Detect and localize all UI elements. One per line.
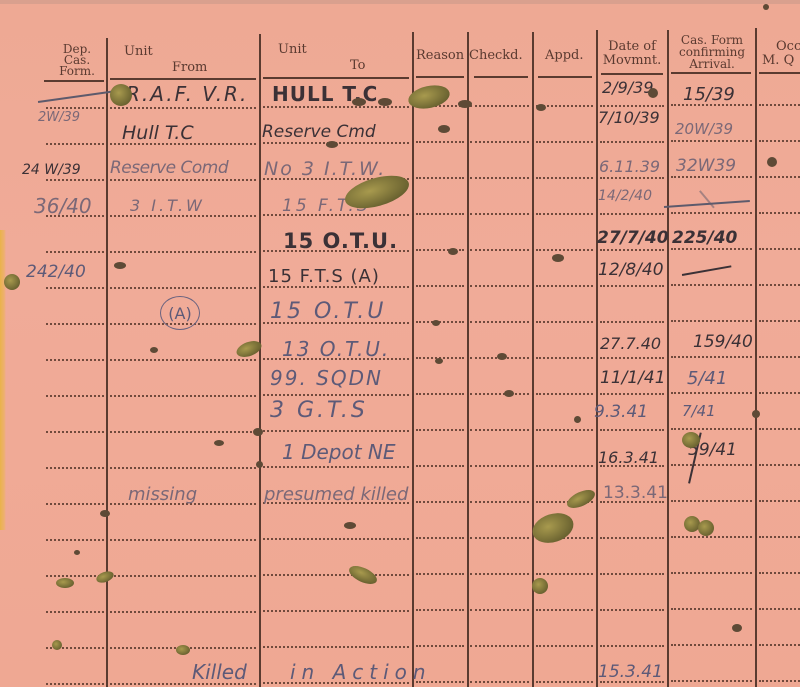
ink-spot	[435, 358, 443, 364]
row9-date: 11/1/41	[600, 368, 666, 388]
dotted-rule	[46, 359, 104, 361]
ink-spot	[114, 262, 126, 269]
ink-stain	[56, 578, 74, 588]
dotted-rule	[416, 285, 464, 287]
row4-cross-mark	[699, 190, 714, 208]
ink-spot	[552, 254, 564, 262]
dotted-rule	[600, 249, 664, 251]
row8-arrival: 159/40	[693, 332, 753, 352]
final-entry-date: 15.3.41	[598, 662, 663, 682]
ink-spot	[763, 4, 769, 10]
dotted-rule	[536, 357, 593, 359]
ink-spot	[458, 100, 472, 108]
dotted-rule	[759, 212, 800, 214]
header-rule	[671, 72, 751, 74]
header-occ-mq: Occ M. Q	[762, 40, 800, 68]
dotted-rule	[536, 681, 593, 683]
ink-stain	[52, 640, 62, 650]
dotted-rule	[671, 428, 752, 430]
final-entry-killed: Killed	[192, 660, 247, 684]
row2-date: 7/10/39	[598, 108, 660, 127]
header-text: Date of	[600, 40, 664, 54]
dotted-rule	[600, 645, 664, 647]
dotted-rule	[263, 106, 409, 108]
dotted-rule	[759, 104, 800, 106]
header-rule	[44, 80, 104, 82]
ink-stain	[529, 508, 578, 548]
header-appd: Appd.	[545, 50, 584, 61]
row10-arrival: 7/41	[682, 402, 716, 420]
ink-spot	[752, 410, 760, 418]
header-text: Occ	[762, 40, 800, 54]
dotted-rule	[759, 464, 800, 466]
dotted-rule	[416, 465, 464, 467]
row12-date: 13.3.41	[603, 483, 668, 503]
dotted-rule	[536, 609, 593, 611]
dotted-rule	[600, 105, 664, 107]
header-rule	[759, 72, 800, 74]
dotted-rule	[536, 321, 593, 323]
dotted-rule	[600, 177, 664, 179]
dotted-rule	[536, 249, 593, 251]
ink-spot	[253, 428, 263, 436]
header-rule	[110, 78, 256, 80]
dotted-rule	[759, 392, 800, 394]
dotted-rule	[46, 143, 104, 145]
row1-arrival: 15/39	[683, 84, 735, 105]
row3-unit-from: Reserve Comd	[110, 158, 228, 178]
dotted-rule	[470, 285, 529, 287]
column-divider	[596, 30, 598, 687]
dotted-rule	[671, 680, 752, 682]
dotted-rule	[759, 500, 800, 502]
ink-spot	[497, 353, 507, 360]
row5-date: 27/7/40	[597, 228, 669, 248]
row2-dep-cas-form: 2W/39	[38, 110, 80, 125]
dotted-rule	[470, 249, 529, 251]
dotted-rule	[110, 431, 256, 433]
dotted-rule	[416, 645, 464, 647]
ink-stain	[176, 645, 190, 655]
row12-unit-to: presumed killed	[264, 484, 408, 505]
dotted-rule	[600, 141, 664, 143]
ink-spot	[574, 416, 581, 423]
ink-spot	[378, 98, 392, 106]
dotted-rule	[600, 285, 664, 287]
dotted-rule	[416, 393, 464, 395]
ink-spot	[536, 104, 546, 111]
dotted-rule	[671, 392, 752, 394]
dotted-rule	[416, 177, 464, 179]
dotted-rule	[416, 537, 464, 539]
dotted-rule	[671, 248, 752, 250]
dotted-rule	[600, 537, 664, 539]
row1-unit-from: R.A.F. V.R.	[126, 82, 248, 106]
row7-unit-from-circled-a: (A)	[160, 296, 200, 330]
dotted-rule	[46, 323, 104, 325]
row5-unit-to: 15 O.T.U.	[283, 229, 398, 253]
ink-stain	[95, 569, 115, 585]
dotted-rule	[110, 251, 256, 253]
header-rule	[474, 76, 528, 78]
dotted-rule	[416, 501, 464, 503]
dotted-rule	[470, 573, 529, 575]
row10-unit-to: 3 G.T.S	[270, 398, 368, 423]
dotted-rule	[470, 465, 529, 467]
row3-arrival: 32W39	[676, 156, 736, 176]
dotted-rule	[416, 213, 464, 215]
dotted-rule	[536, 177, 593, 179]
column-divider	[259, 34, 261, 687]
dotted-rule	[46, 683, 104, 685]
dotted-rule	[671, 356, 752, 358]
ink-spot	[448, 248, 458, 255]
dotted-rule	[759, 140, 800, 142]
dotted-rule	[110, 287, 256, 289]
row2-unit-to: Reserve Cmd	[262, 122, 376, 142]
dotted-rule	[46, 287, 104, 289]
dotted-rule	[600, 393, 664, 395]
row8-date: 27.7.40	[600, 334, 661, 353]
dotted-rule	[110, 467, 256, 469]
dotted-rule	[416, 609, 464, 611]
dotted-rule	[470, 537, 529, 539]
header-text: Movmnt.	[600, 54, 664, 68]
row5-arrival: 225/40	[672, 228, 737, 248]
header-checkd: Checkd.	[469, 50, 523, 61]
row9-arrival: 5/41	[687, 368, 727, 389]
header-rule	[538, 76, 592, 78]
ink-stain	[110, 84, 132, 106]
dotted-rule	[470, 501, 529, 503]
dotted-rule	[759, 176, 800, 178]
header-text: Form.	[52, 66, 102, 77]
dotted-rule	[600, 429, 664, 431]
dotted-rule	[671, 608, 752, 610]
dotted-rule	[263, 466, 409, 468]
dotted-rule	[470, 321, 529, 323]
dotted-rule	[470, 213, 529, 215]
row12-unit-from: missing	[128, 484, 197, 505]
dotted-rule	[416, 141, 464, 143]
ink-stain	[698, 520, 714, 536]
column-divider	[467, 32, 469, 687]
dotted-rule	[671, 284, 752, 286]
dotted-rule	[671, 500, 752, 502]
dotted-rule	[263, 574, 409, 576]
dotted-rule	[536, 393, 593, 395]
dotted-rule	[470, 141, 529, 143]
ink-spot	[150, 347, 158, 353]
dotted-rule	[46, 503, 104, 505]
header-text: Arrival.	[670, 58, 754, 70]
dotted-rule	[600, 609, 664, 611]
dotted-rule	[536, 645, 593, 647]
dotted-rule	[759, 428, 800, 430]
dotted-rule	[263, 394, 409, 396]
dotted-rule	[46, 395, 104, 397]
row1-date: 2/9/39	[602, 78, 654, 97]
dotted-rule	[46, 179, 104, 181]
dotted-rule	[671, 572, 752, 574]
dotted-rule	[671, 212, 752, 214]
ink-spot	[438, 125, 450, 133]
dotted-rule	[416, 573, 464, 575]
dotted-rule	[600, 321, 664, 323]
ink-spot	[767, 157, 777, 167]
dotted-rule	[263, 538, 409, 540]
header-rule	[263, 77, 409, 79]
header-rule	[601, 73, 663, 75]
ink-spot	[214, 440, 224, 446]
ink-stain	[682, 432, 700, 448]
card-yellow-edge	[0, 230, 6, 530]
dotted-rule	[536, 285, 593, 287]
dotted-rule	[671, 536, 752, 538]
dotted-rule	[110, 179, 256, 181]
row4-unit-from: 3 I.T.W	[130, 196, 205, 215]
header-unit-from-from: From	[172, 62, 207, 73]
row4-date: 14/2/40	[598, 188, 652, 204]
row3-unit-to: No 3 I.T.W.	[264, 158, 386, 180]
header-unit-to-unit: Unit	[278, 44, 307, 55]
row9-unit-to: 99. SQDN	[270, 366, 383, 390]
ink-spot	[344, 522, 356, 529]
ink-spot	[504, 390, 514, 397]
dotted-rule	[759, 320, 800, 322]
dotted-rule	[671, 140, 752, 142]
row6-dep-cas-form: 242/40	[26, 262, 86, 282]
dotted-rule	[470, 105, 529, 107]
dotted-rule	[110, 611, 256, 613]
header-unit-to-to: To	[350, 60, 366, 71]
column-divider	[667, 30, 669, 687]
dotted-rule	[110, 575, 256, 577]
dotted-rule	[671, 320, 752, 322]
row4-dep-cas-form: 36/40	[34, 194, 92, 218]
header-rule	[416, 76, 464, 78]
dotted-rule	[470, 177, 529, 179]
dotted-rule	[110, 539, 256, 541]
dotted-rule	[759, 536, 800, 538]
record-card: Dep. Cas. Form. Unit From Unit To Reason…	[0, 0, 800, 687]
ink-spot	[352, 98, 366, 106]
dotted-rule	[470, 681, 529, 683]
dotted-rule	[470, 609, 529, 611]
row8-unit-to: 13 O.T.U.	[282, 337, 390, 361]
final-entry-in-action: in Action	[290, 660, 432, 684]
dotted-rule	[110, 215, 256, 217]
dotted-rule	[110, 395, 256, 397]
ink-spot	[256, 461, 263, 468]
dotted-rule	[416, 321, 464, 323]
dotted-rule	[110, 107, 256, 109]
row3-dep-cas-form: 24 W/39	[22, 162, 81, 178]
header-cas-form-arrival: Cas. Form confirming Arrival.	[670, 34, 754, 70]
dotted-rule	[671, 644, 752, 646]
row3-date: 6.11.39	[599, 157, 660, 176]
ink-spot	[432, 320, 440, 326]
dotted-rule	[536, 465, 593, 467]
dotted-rule	[759, 248, 800, 250]
column-divider	[412, 32, 414, 687]
dotted-rule	[470, 393, 529, 395]
ink-stain	[532, 578, 548, 594]
row10-date: 9.3.41	[594, 402, 648, 422]
ink-spot	[74, 550, 80, 555]
row11-unit-to: 1 Depot NE	[282, 440, 396, 464]
dotted-rule	[759, 608, 800, 610]
dotted-rule	[759, 680, 800, 682]
row6-date: 12/8/40	[598, 260, 664, 280]
dotted-rule	[536, 141, 593, 143]
row2-arrival: 20W/39	[675, 120, 733, 138]
row11-date: 16.3.41	[598, 448, 659, 467]
dotted-rule	[600, 357, 664, 359]
dotted-rule	[46, 431, 104, 433]
ink-spot	[648, 88, 658, 98]
ink-stain	[564, 486, 597, 511]
dotted-rule	[46, 251, 104, 253]
dotted-rule	[759, 356, 800, 358]
dotted-rule	[759, 644, 800, 646]
dotted-rule	[46, 575, 104, 577]
ink-stain	[346, 562, 379, 587]
column-divider	[106, 38, 108, 687]
header-text: M. Q	[762, 54, 800, 68]
dotted-rule	[470, 645, 529, 647]
dotted-rule	[263, 610, 409, 612]
dotted-rule	[416, 429, 464, 431]
column-divider	[755, 28, 757, 687]
dotted-rule	[671, 176, 752, 178]
row2-unit-from: Hull T.C	[122, 122, 194, 144]
dotted-rule	[759, 284, 800, 286]
row6-dash	[682, 265, 732, 275]
ink-spot	[100, 510, 110, 517]
dotted-rule	[600, 213, 664, 215]
row7-unit-to: 15 O.T.U	[270, 299, 386, 324]
dotted-rule	[536, 213, 593, 215]
ink-spot	[326, 141, 338, 148]
header-unit-from-unit: Unit	[124, 46, 153, 57]
dotted-rule	[536, 573, 593, 575]
dotted-rule	[536, 429, 593, 431]
ink-spot	[732, 624, 742, 632]
dotted-rule	[600, 573, 664, 575]
dotted-rule	[263, 646, 409, 648]
header-reason: Reason	[416, 50, 464, 61]
dotted-rule	[470, 429, 529, 431]
header-date-of-movmnt: Date of Movmnt.	[600, 40, 664, 68]
dotted-rule	[110, 359, 256, 361]
card-top-edge	[0, 0, 800, 4]
dotted-rule	[46, 539, 104, 541]
dotted-rule	[263, 430, 409, 432]
row6-unit-to: 15 F.T.S (A)	[268, 266, 380, 287]
dotted-rule	[759, 572, 800, 574]
header-dep-cas-form: Dep. Cas. Form.	[52, 44, 102, 77]
dotted-rule	[46, 467, 104, 469]
dotted-rule	[671, 464, 752, 466]
dotted-rule	[46, 611, 104, 613]
ink-stain	[4, 274, 20, 290]
dotted-rule	[46, 107, 104, 109]
